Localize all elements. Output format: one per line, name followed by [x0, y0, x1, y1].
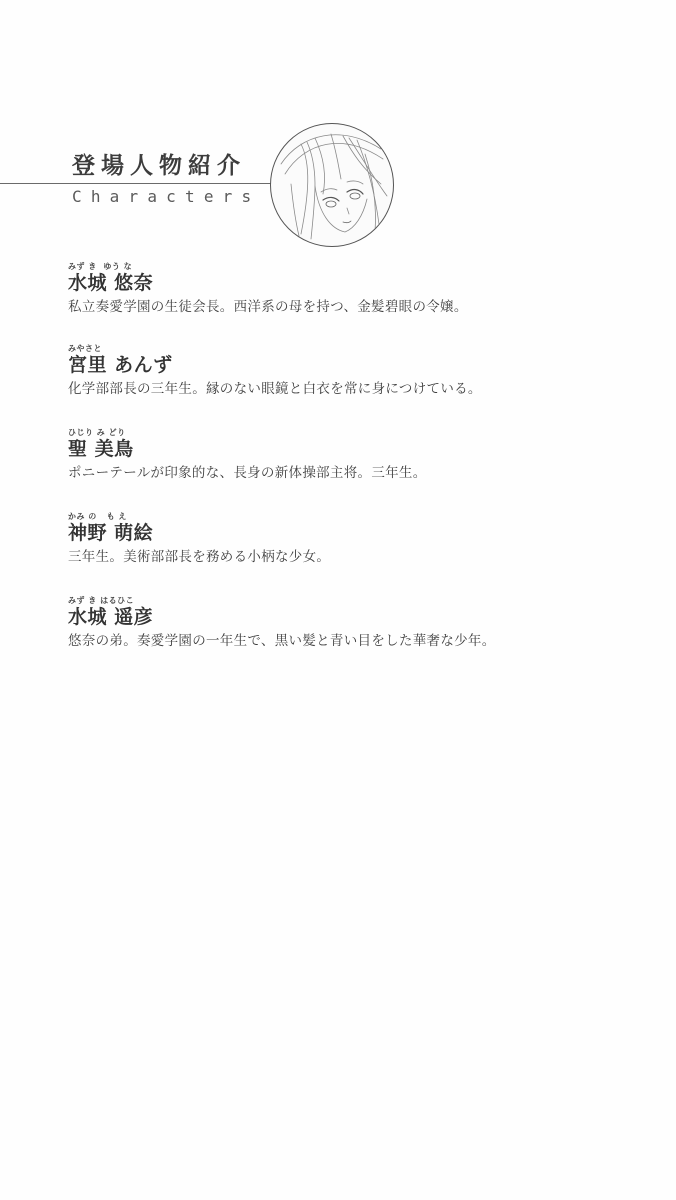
character-name: 神野 萌絵 — [68, 522, 628, 544]
character-entry: ひじり み どり 聖 美鳥 ポニーテールが印象的な、長身の新体操部主将。三年生。 — [68, 428, 628, 482]
character-portrait-icon — [270, 123, 394, 247]
character-name: 水城 悠奈 — [68, 272, 628, 294]
name-ruby: ひじり み どり — [68, 428, 628, 438]
character-entry: みず き はるひこ 水城 遥彦 悠奈の弟。奏愛学園の一年生で、黒い髪と青い目をし… — [68, 596, 628, 650]
page: 登場人物紹介 Characters — [0, 0, 676, 1200]
character-entry: みやさと 宮里 あんず 化学部部長の三年生。縁のない眼鏡と白衣を常に身につけてい… — [68, 344, 628, 398]
header-divider — [0, 183, 272, 184]
character-description: 私立奏愛学園の生徒会長。西洋系の母を持つ、金髪碧眼の令嬢。 — [68, 298, 628, 316]
character-description: 化学部部長の三年生。縁のない眼鏡と白衣を常に身につけている。 — [68, 380, 628, 398]
character-name: 水城 遥彦 — [68, 606, 628, 628]
character-name: 聖 美鳥 — [68, 438, 628, 460]
character-name: 宮里 あんず — [68, 354, 628, 376]
character-entry: みず き ゆう な 水城 悠奈 私立奏愛学園の生徒会長。西洋系の母を持つ、金髪碧… — [68, 262, 628, 316]
name-ruby: みず き はるひこ — [68, 596, 628, 606]
character-description: 悠奈の弟。奏愛学園の一年生で、黒い髪と青い目をした華奢な少年。 — [68, 632, 628, 650]
name-ruby: みやさと — [68, 344, 628, 354]
character-description: ポニーテールが印象的な、長身の新体操部主将。三年生。 — [68, 464, 628, 482]
name-ruby: かみ の も え — [68, 512, 628, 522]
character-description: 三年生。美術部部長を務める小柄な少女。 — [68, 548, 628, 566]
name-ruby: みず き ゆう な — [68, 262, 628, 272]
character-entry: かみ の も え 神野 萌絵 三年生。美術部部長を務める小柄な少女。 — [68, 512, 628, 566]
page-title: 登場人物紹介 — [72, 147, 246, 180]
page-subtitle: Characters — [72, 187, 260, 206]
